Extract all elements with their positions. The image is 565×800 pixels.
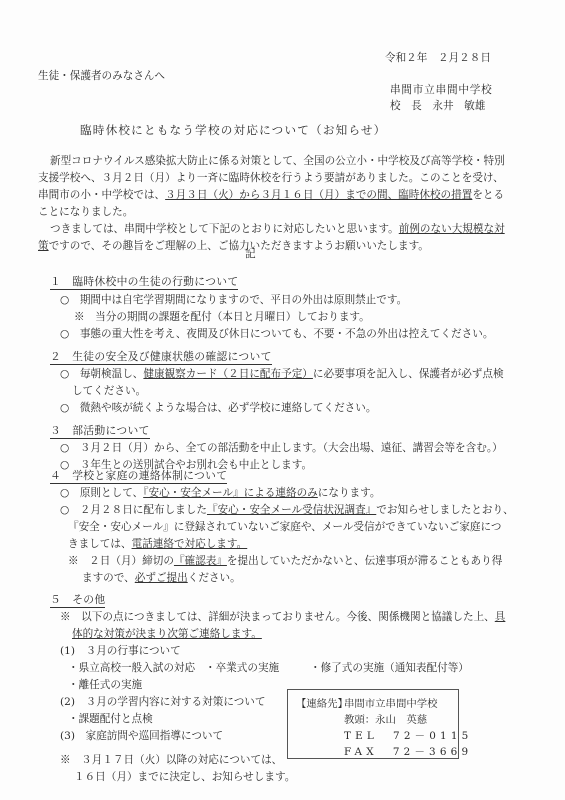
section-1-note: ※ 当分の期間の課題を配付（本日と月曜日）しております。 — [74, 309, 370, 324]
emphasis-text: 策 — [38, 240, 49, 252]
closure-period-highlight: ３月３日（火）から３月１６日（月）までの間、臨時休校の措置 — [165, 189, 472, 201]
survey-highlight: 『安心・安全メール受信状況調査』 — [207, 504, 376, 516]
section-5-subitem: (2) ３月の学習内容に対する対策について — [60, 694, 265, 709]
section-5-subitem: (3) 家庭訪問や巡回指導について — [60, 728, 223, 743]
item-text: に必要事項を記入し、保護者が必ず点検 — [313, 368, 504, 380]
intro-text: 串間市の小・中学校では、 — [38, 189, 165, 201]
item-text: ますので、 — [82, 572, 135, 584]
contact-fax: FAX 72－3669 — [344, 743, 472, 758]
event-bullet: ・離任式の実施 — [68, 677, 142, 692]
item-text: ○ 毎朝検温し、 — [60, 368, 143, 380]
confirm-form-highlight: 『確認表』 — [174, 555, 227, 567]
intro-text: ですので、その趣旨をご理解の上、ご協力いただきますようお願いいたします。 — [49, 240, 429, 252]
item-text: でお知らせしましたとおり、 — [376, 504, 513, 516]
emphasis-text: 前例のない大規模な対 — [399, 223, 505, 235]
contact-person: 教頭：永山 英慈 — [344, 711, 427, 726]
page-title: 臨時休校にともなう学校の対応について（お知らせ） — [80, 122, 386, 138]
section-5-note-cont: 体的な対策が決まり次第ご連絡します。 — [72, 626, 262, 641]
section-4-item: ○ ２月２８日に配布しました『安心・安全メール受信状況調査』でお知らせしましたと… — [60, 502, 514, 517]
item-text: ※ 以下の点につきましては、詳細が決まっておりません。今後、関係機関と協議した上… — [60, 611, 495, 623]
event-bullet: ・修了式の実施（通知表配付等） — [310, 660, 469, 675]
ki-marker: 記 — [245, 246, 256, 261]
section-1-heading: １ 臨時休校中の生徒の行動について — [50, 274, 238, 290]
section-5-subitem: (1) ３月の行事について — [60, 643, 181, 658]
event-bullet: ・卒業式の実施 — [205, 660, 279, 675]
section-4-note: ※ ２日（月）締切の『確認表』を提出していただかないと、伝達事項が滞ることもあり… — [68, 553, 502, 568]
intro-line: 新型コロナウイルス感染拡大防止に係る対策として、全国の公立小・中学校及び高等学校… — [50, 153, 505, 168]
section-4-heading: ４ 学校と家庭の連絡体制について — [50, 468, 227, 484]
emphasis-text: 具 — [495, 611, 506, 623]
section-1-item: ○ 事態の重大性を考え、夜間及び休日についても、不要・不急の外出は控えてください… — [60, 326, 493, 341]
section-1-item: ○ 期間中は自宅学習期間になりますので、平日の外出は原則禁止です。 — [60, 292, 407, 307]
contact-tel: TEL 72－0115 — [344, 727, 473, 742]
intro-line: 串間市の小・中学校では、３月３日（火）から３月１６日（月）までの間、臨時休校の措… — [38, 187, 504, 202]
submit-highlight: 必ずご提出 — [135, 572, 188, 584]
section-2-item: ○ 微熱や咳が続くような場合は、必ず学校に連絡してください。 — [60, 400, 376, 415]
section-3-heading: ３ 部活動について — [50, 423, 150, 439]
phone-highlight: 電話連絡で対応します。 — [132, 538, 248, 550]
section-4-note-cont: ますので、必ずご提出ください。 — [82, 570, 241, 585]
item-text: になります。 — [318, 487, 381, 499]
health-card-highlight: 健康観察カード（２日に配布予定） — [143, 368, 313, 380]
recipient-line: 生徒・保護者のみなさんへ — [38, 68, 165, 83]
document-date: 令和２年 ２月２８日 — [385, 50, 491, 65]
future-note: ※ ３月１７日（火）以降の対応については、 — [60, 752, 282, 767]
mail-highlight: 『安心・安全メール』による連絡のみ — [143, 487, 318, 499]
section-2-heading: ２ 生徒の安全及び健康状態の確認について — [50, 349, 272, 365]
emphasis-text: 体的な対策が決まり次第ご連絡します。 — [72, 628, 262, 640]
study-bullet: ・課題配付と点検 — [68, 711, 153, 726]
intro-text: をとる — [472, 189, 504, 201]
tel-label: TEL — [344, 730, 378, 742]
item-text: ○ 原則として、 — [60, 487, 143, 499]
item-text: ください。 — [188, 572, 241, 584]
future-note-cont: １６日（月）までに決定し、お知らせします。 — [74, 769, 295, 784]
tel-number: 72－0115 — [393, 730, 472, 742]
section-5-note: ※ 以下の点につきましては、詳細が決まっておりません。今後、関係機関と協議した上… — [60, 609, 505, 624]
intro-line: 策ですので、その趣旨をご理解の上、ご協力いただきますようお願いいたします。 — [38, 238, 429, 253]
section-2-item: ○ 毎朝検温し、健康観察カード（２日に配布予定）に必要事項を記入し、保護者が必ず… — [60, 366, 504, 381]
school-name: 串間市立串間中学校 — [390, 82, 493, 97]
item-text: を提出していただかないと、伝達事項が滞ることもあり得 — [227, 555, 502, 567]
contact-box: 【連絡先】 串間市立串間中学校 教頭：永山 英慈 TEL 72－0115 FAX… — [287, 689, 459, 759]
intro-line: つきましては、串間中学校として下記のとおりに対応したいと思います。前例のない大規… — [50, 221, 505, 236]
fax-label: FAX — [344, 746, 378, 758]
fax-number: 72－3669 — [393, 746, 472, 758]
section-4-item: ○ 原則として、『安心・安全メール』による連絡のみになります。 — [60, 485, 381, 500]
principal-name: 校 長 永井 敏雄 — [390, 98, 485, 113]
section-3-item: ○ ３月２日（月）から、全ての部活動を中止します。（大会出場、遠征、講習会等を含… — [60, 440, 503, 455]
contact-school: 串間市立串間中学校 — [344, 695, 438, 710]
event-bullet: ・県立高校一般入試の対応 — [68, 660, 195, 675]
contact-label: 【連絡先】 — [296, 695, 348, 710]
section-4-item-cont: 『安全・安心メール』に登録されていないご家庭や、メール受信ができていないご家庭に… — [68, 519, 502, 534]
item-text: ○ ２月２８日に配布しました — [60, 504, 207, 516]
intro-line: 支援学校へ、３月２日（月）より一斉に臨時休校を行うよう要請がありました。このこと… — [38, 170, 504, 185]
section-2-item-cont: してください。 — [72, 383, 146, 398]
intro-text: つきましては、串間中学校として下記のとおりに対応したいと思います。 — [50, 223, 399, 235]
section-5-heading: ５ その他 — [50, 592, 105, 608]
intro-line: ことになりました。 — [38, 204, 133, 219]
item-text: きましては、 — [68, 538, 132, 550]
item-text: ※ ２日（月）締切の — [68, 555, 174, 567]
section-4-item-cont: きましては、電話連絡で対応します。 — [68, 536, 247, 551]
